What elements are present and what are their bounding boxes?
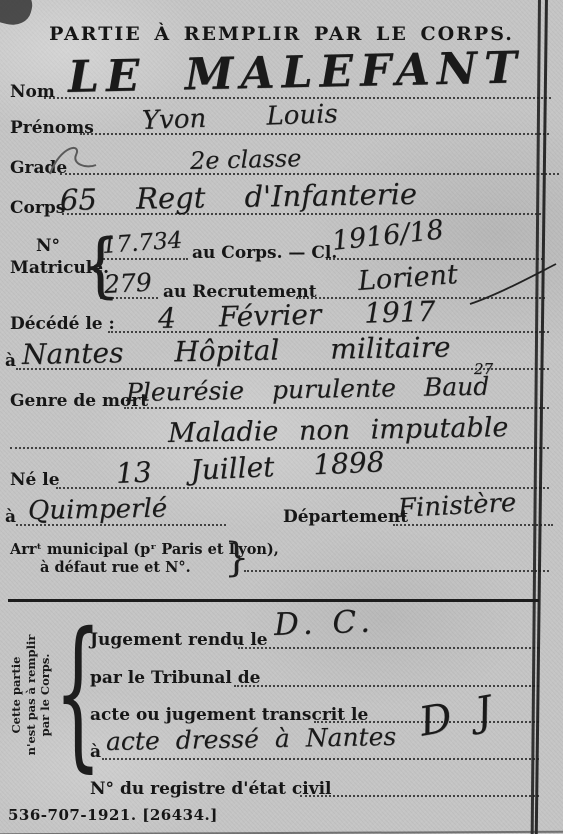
- genre-mort-handwritten: Pleurésie purulente Baud: [126, 372, 490, 407]
- ne-le-handwritten: 13 Juillet 1898: [115, 445, 385, 490]
- pen-flourish: D J: [416, 687, 502, 746]
- pencil-squiggle: [46, 138, 100, 180]
- matricule-corps-dotted-line: [100, 258, 188, 260]
- side-note-line3: par le Corps.: [38, 620, 53, 770]
- ne-lieu-handwritten: Quimperlé: [28, 494, 168, 526]
- genre-mort-dotted-line: [124, 407, 549, 409]
- nom-handwritten-value: LE MALEFANT: [67, 42, 524, 103]
- au-corps-label: au Corps. — Cl.: [192, 243, 337, 263]
- arr-municipal-brace: }: [224, 535, 249, 581]
- corps-label: Corps: [10, 198, 65, 218]
- registre-label: N° du registre d'état civil: [90, 779, 332, 799]
- departement-handwritten: Finistère: [397, 488, 517, 524]
- military-death-record-form: PARTIE À REMPLIR PAR LE CORPS. Nom LE MA…: [0, 0, 563, 834]
- departement-label: Département: [283, 507, 408, 527]
- side-note-rotated: Cette partie n'est pas à remplir par le …: [3, 620, 59, 770]
- ne-le-label: Né le: [10, 470, 60, 490]
- matricule-no-label: N°: [36, 236, 60, 256]
- transcrit-lieu-handwritten: acte dressé à Nantes: [106, 722, 397, 756]
- jugement-handwritten: D. C.: [273, 603, 375, 643]
- side-note-line2: n'est pas à remplir: [24, 620, 39, 770]
- genre-mort-line2-handwritten: Maladie non imputable: [168, 412, 509, 449]
- jugement-dotted-line: [238, 647, 539, 649]
- form-title: PARTIE À REMPLIR PAR LE CORPS.: [0, 23, 563, 45]
- arr-municipal-label-line2: à défaut rue et N°.: [40, 559, 191, 576]
- genre-mort-line2-dotted-line: [10, 447, 549, 449]
- decede-handwritten: 4 Février 1917: [158, 295, 436, 335]
- ne-lieu-label: à: [5, 507, 16, 527]
- deces-lieu-handwritten: Nantes Hôpital militaire: [22, 331, 451, 371]
- nom-label: Nom: [10, 82, 55, 102]
- genre-mort-superscript: 27: [474, 360, 493, 378]
- matricule-recrutement-handwritten: 279: [103, 268, 152, 299]
- grade-dotted-line: [60, 173, 559, 175]
- registre-dotted-line: [300, 795, 539, 797]
- departement-dotted-line: [393, 524, 553, 526]
- printer-imprint: 536-707-1921. [26434.]: [8, 806, 218, 824]
- prenoms-label: Prénoms: [10, 118, 94, 138]
- decede-label: Décédé le :: [10, 314, 115, 334]
- arr-municipal-dotted-line: [244, 570, 549, 572]
- transcrit-lieu-dotted-line: [102, 758, 539, 760]
- recrutement-handwritten: Lorient: [357, 259, 459, 297]
- corps-handwritten-value: 65 Regt d'Infanterie: [60, 177, 418, 217]
- classe-handwritten: 1916/18: [330, 214, 445, 257]
- side-note-line1: Cette partie: [9, 620, 24, 770]
- deces-lieu-label: à: [5, 351, 16, 371]
- grade-handwritten-value: 2e classe: [190, 144, 302, 175]
- matricule-corps-handwritten: 17.734: [101, 227, 183, 259]
- prenoms-handwritten-value: Yvon Louis: [141, 99, 338, 136]
- pen-stroke-tail: [468, 262, 560, 308]
- transcrit-lieu-label: à: [90, 742, 101, 762]
